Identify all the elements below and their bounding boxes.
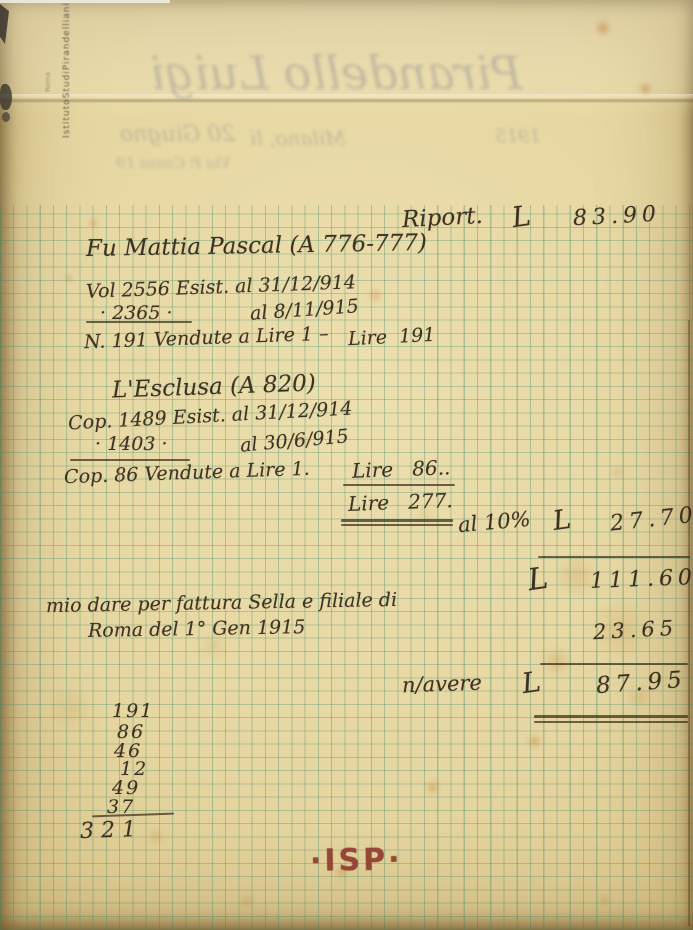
tally-total: 321 xyxy=(80,817,144,844)
bleedthrough-city: Milano, li xyxy=(250,126,346,150)
deduction-line2: Roma del 1° Gen 1915 xyxy=(88,616,306,642)
pascal-sold-amount: Lire 191 xyxy=(347,324,435,351)
scan-edge-sliver xyxy=(0,0,170,3)
ink-rule-double xyxy=(341,524,453,526)
stain xyxy=(424,780,441,795)
edge-stamp-subtext: Roma xyxy=(44,52,52,92)
ink-rule xyxy=(540,663,688,665)
riport-amount: 83.90 xyxy=(572,202,661,232)
stain xyxy=(146,828,166,845)
bleedthrough-year: 1915 xyxy=(495,126,541,147)
riport-label: Riport. xyxy=(401,203,483,233)
balance-currency: L xyxy=(520,665,543,700)
stain xyxy=(64,274,73,283)
subtotal-value: 111.60 xyxy=(590,565,693,594)
isp-stamp: ·ISP· xyxy=(310,842,403,879)
stain xyxy=(48,688,94,728)
ink-rule xyxy=(86,321,192,323)
deduction-value: 23.65 xyxy=(592,616,678,644)
ink-rule-double xyxy=(534,715,688,718)
ink-rule xyxy=(70,459,190,461)
edge-stamp-text: IstitutoStudiPirandelliani xyxy=(62,6,72,138)
stain xyxy=(610,466,625,479)
bleedthrough-signature: Pirandello Luigi xyxy=(150,46,522,100)
stain xyxy=(638,82,653,95)
edge-blot-small xyxy=(2,112,10,122)
stain xyxy=(238,894,256,909)
bleedthrough-date: 20 Giugno xyxy=(120,122,235,147)
stain xyxy=(594,20,612,36)
stain xyxy=(366,288,384,303)
right-edge-line xyxy=(688,320,690,926)
edge-blot xyxy=(0,84,12,110)
bleedthrough-street: Via P. Cossa 19 xyxy=(116,154,230,172)
stain xyxy=(526,734,543,749)
ink-rule-double xyxy=(534,721,688,723)
ink-rule xyxy=(343,484,455,486)
lire-86: Lire 86.. xyxy=(352,455,451,482)
stain xyxy=(540,648,574,676)
riport-currency: L xyxy=(510,199,533,234)
lire-277: Lire 277. xyxy=(348,488,453,516)
esclusa-remain-row: · 1403 · xyxy=(95,433,168,455)
document-scan: Pirandello Luigi 20 Giugno Milano, li 19… xyxy=(0,0,693,930)
ink-rule xyxy=(538,556,690,558)
ink-rule-double xyxy=(341,519,453,522)
stain xyxy=(598,894,611,906)
tally-value: 191 xyxy=(112,700,154,722)
stain xyxy=(88,218,99,228)
balance-label: n/avere xyxy=(402,671,483,698)
